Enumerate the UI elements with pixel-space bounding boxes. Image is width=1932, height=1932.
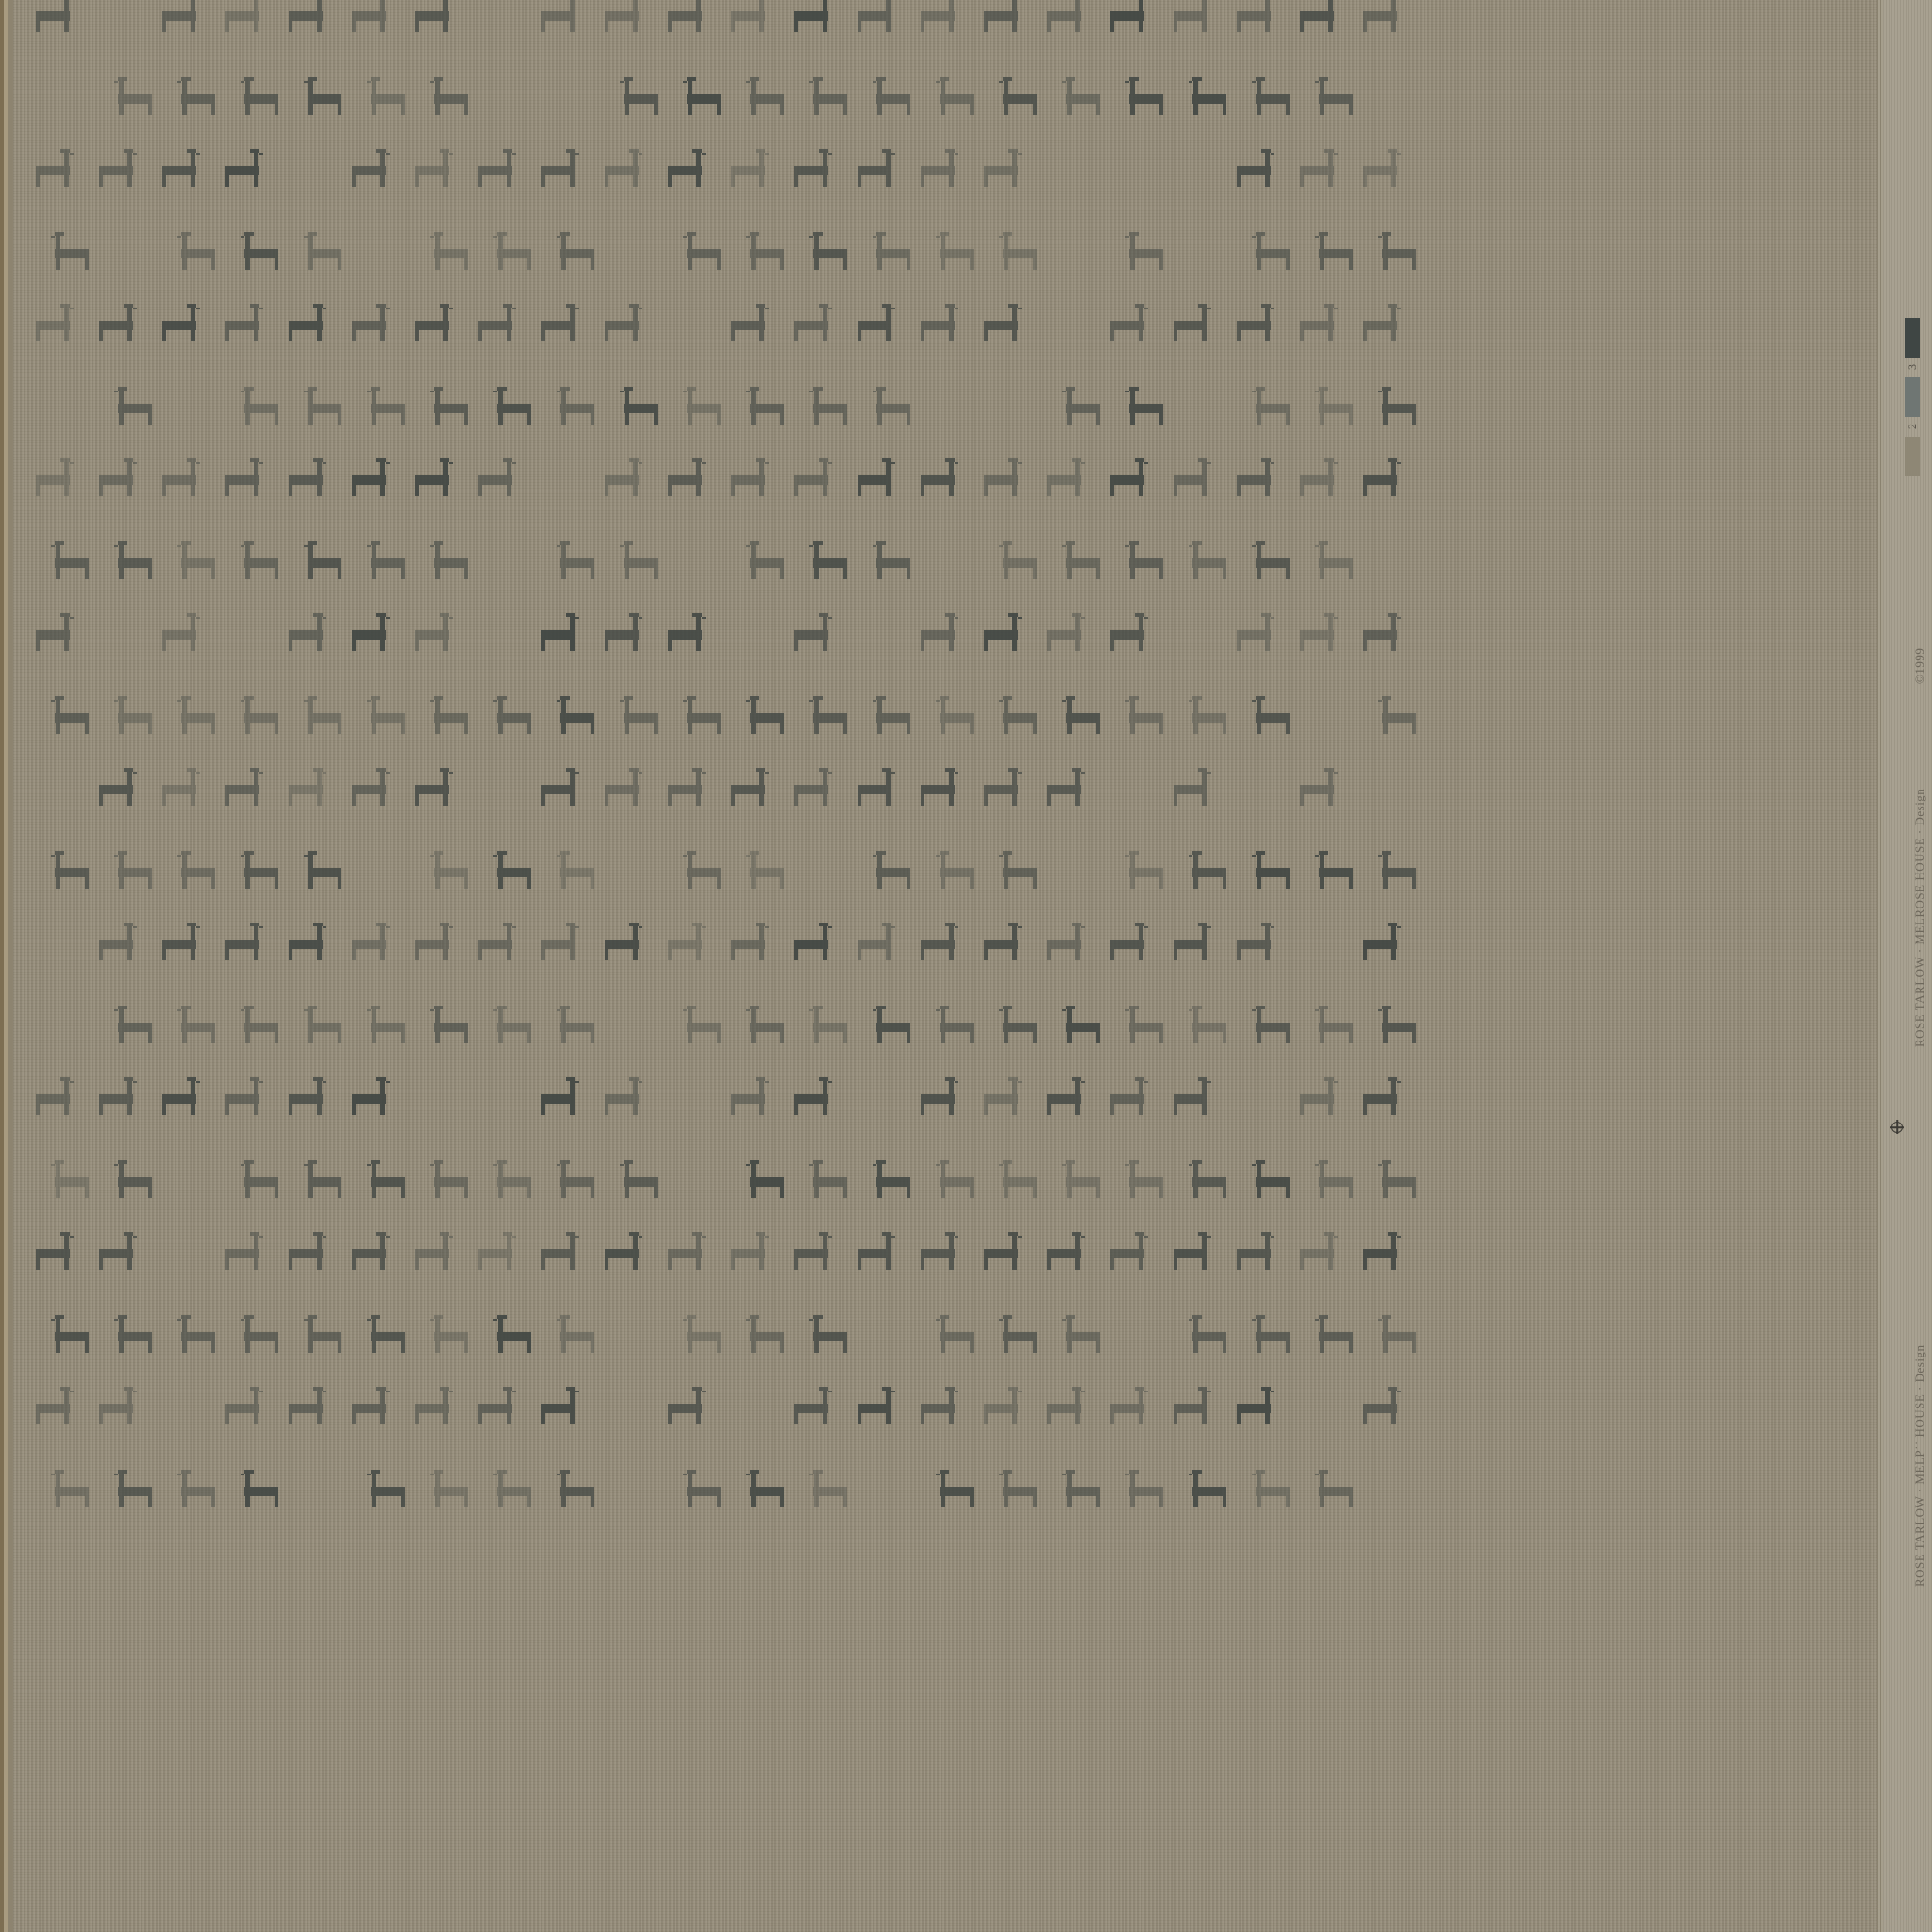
animal-motif [861, 1004, 914, 1053]
animal-motif [482, 1313, 535, 1362]
animal-motif [664, 1230, 717, 1279]
animal-motif [545, 1004, 598, 1053]
animal-motif [411, 302, 464, 351]
animal-motif [1233, 0, 1286, 42]
animal-motif [419, 385, 472, 434]
animal-motif [356, 1004, 408, 1053]
animal-motif [419, 540, 472, 589]
animal-motif [917, 0, 970, 42]
animal-motif [229, 1004, 282, 1053]
copyright-text: ©1999 [1912, 648, 1927, 684]
animal-motif [1296, 611, 1349, 660]
animal-motif [735, 75, 788, 125]
animal-motif [482, 1158, 535, 1207]
animal-motif [1114, 1004, 1167, 1053]
animal-motif [538, 1075, 591, 1124]
animal-motif [158, 457, 211, 506]
animal-motif [798, 385, 851, 434]
animal-motif [1359, 457, 1412, 506]
animal-motif [1177, 1313, 1230, 1362]
animal-motif [861, 849, 914, 898]
animal-motif [285, 1230, 338, 1279]
animal-motif [1367, 1313, 1420, 1362]
animal-motif [158, 611, 211, 660]
animal-motif [95, 1230, 148, 1279]
animal-motif [103, 1313, 156, 1362]
animal-motif [229, 1313, 282, 1362]
animal-motif [103, 694, 156, 743]
animal-motif [475, 147, 527, 196]
animal-motif [1304, 540, 1357, 589]
animal-motif [980, 457, 1033, 506]
animal-motif [861, 1158, 914, 1207]
animal-motif [727, 921, 780, 970]
animal-motif [988, 1468, 1041, 1517]
animal-motif [158, 766, 211, 815]
animal-motif [166, 1313, 219, 1362]
animal-motif [1043, 457, 1096, 506]
animal-motif [419, 1313, 472, 1362]
animal-motif [411, 147, 464, 196]
animal-motif [482, 385, 535, 434]
animal-motif [411, 611, 464, 660]
animal-motif [1367, 694, 1420, 743]
animal-motif [40, 849, 92, 898]
animal-motif [356, 1313, 408, 1362]
animal-motif [292, 1004, 345, 1053]
animal-motif [166, 849, 219, 898]
animal-motif [158, 147, 211, 196]
animal-motif [32, 611, 85, 660]
animal-motif [798, 1158, 851, 1207]
animal-motif [1241, 1468, 1293, 1517]
animal-motif [32, 1075, 85, 1124]
animal-motif [222, 1230, 275, 1279]
animal-motif [1051, 1468, 1104, 1517]
animal-motif [1233, 457, 1286, 506]
animal-motif [40, 1313, 92, 1362]
animal-motif [538, 766, 591, 815]
animal-motif [608, 75, 661, 125]
animal-motif [1367, 230, 1420, 279]
animal-motif [356, 540, 408, 589]
animal-motif [1241, 1158, 1293, 1207]
animal-motif [158, 1075, 211, 1124]
animal-motif [798, 540, 851, 589]
animal-motif [791, 611, 843, 660]
animal-motif [735, 1158, 788, 1207]
animal-motif [980, 1075, 1033, 1124]
animal-motif [348, 766, 401, 815]
animal-motif [1051, 385, 1104, 434]
animal-motif [917, 302, 970, 351]
animal-motif [791, 147, 843, 196]
animal-motif [861, 230, 914, 279]
animal-motif [924, 230, 977, 279]
animal-motif [1241, 540, 1293, 589]
animal-motif [103, 1468, 156, 1517]
animal-motif [1051, 75, 1104, 125]
animal-motif [861, 385, 914, 434]
animal-motif [791, 457, 843, 506]
animal-motif [791, 766, 843, 815]
animal-motif [735, 230, 788, 279]
animal-motif [32, 147, 85, 196]
animal-motif [1170, 302, 1223, 351]
animal-motif [1170, 1075, 1223, 1124]
animal-motif [95, 766, 148, 815]
animal-motif [538, 921, 591, 970]
animal-motif [791, 1385, 843, 1434]
animal-motif [798, 75, 851, 125]
animal-motif [538, 1385, 591, 1434]
animal-motif [419, 1158, 472, 1207]
animal-motif [95, 1385, 148, 1434]
animal-motif [229, 1158, 282, 1207]
animal-motif [545, 1313, 598, 1362]
animal-motif [988, 540, 1041, 589]
swatch-number-3: 3 [1906, 357, 1919, 377]
animal-motif [601, 921, 654, 970]
color-swatch-1 [1905, 437, 1920, 476]
animal-motif [1051, 1004, 1104, 1053]
animal-motif [735, 1313, 788, 1362]
animal-motif [917, 766, 970, 815]
animal-motif [798, 1313, 851, 1362]
animal-motif [1043, 766, 1096, 815]
animal-motif [292, 1158, 345, 1207]
animal-motif [32, 457, 85, 506]
animal-motif [538, 611, 591, 660]
animal-motif [988, 849, 1041, 898]
animal-motif [1304, 230, 1357, 279]
animal-motif [1107, 302, 1159, 351]
animal-motif [1177, 1004, 1230, 1053]
animal-motif [1043, 1385, 1096, 1434]
animal-motif [356, 1468, 408, 1517]
registration-mark-icon [1891, 1122, 1903, 1133]
animal-motif [103, 849, 156, 898]
color-swatch-3 [1905, 318, 1920, 358]
animal-motif [475, 1385, 527, 1434]
swatch-number-2: 2 [1906, 416, 1919, 437]
animal-motif [924, 75, 977, 125]
animal-motif [545, 230, 598, 279]
animal-motif [419, 1004, 472, 1053]
animal-motif [348, 302, 401, 351]
animal-motif [475, 457, 527, 506]
animal-motif [1304, 1004, 1357, 1053]
animal-motif [672, 1004, 724, 1053]
animal-motif [791, 1075, 843, 1124]
animal-motif [1177, 849, 1230, 898]
animal-motif [411, 921, 464, 970]
animal-motif [158, 0, 211, 42]
animal-motif [1296, 766, 1349, 815]
animal-motif [608, 1158, 661, 1207]
animal-motif [798, 1004, 851, 1053]
animal-motif [664, 0, 717, 42]
animal-motif [735, 1468, 788, 1517]
animal-motif [229, 849, 282, 898]
animal-motif [222, 1075, 275, 1124]
animal-motif [1177, 75, 1230, 125]
animal-motif [166, 1468, 219, 1517]
animal-motif [538, 0, 591, 42]
animal-motif [727, 302, 780, 351]
color-swatch-2 [1905, 377, 1920, 417]
animal-motif [229, 1468, 282, 1517]
animal-motif [601, 0, 654, 42]
animal-motif [482, 230, 535, 279]
animal-motif [917, 457, 970, 506]
animal-motif [917, 147, 970, 196]
animal-motif [348, 1075, 401, 1124]
animal-motif [854, 921, 907, 970]
animal-motif [1304, 849, 1357, 898]
animal-motif [735, 1004, 788, 1053]
animal-motif [482, 1004, 535, 1053]
animal-motif [1107, 0, 1159, 42]
animal-motif [166, 540, 219, 589]
animal-motif [1114, 849, 1167, 898]
animal-motif [411, 1230, 464, 1279]
animal-motif [1241, 1313, 1293, 1362]
animal-motif [222, 1385, 275, 1434]
animal-motif [1170, 1230, 1223, 1279]
animal-motif [1296, 1075, 1349, 1124]
animal-motif [1359, 1075, 1412, 1124]
animal-motif [735, 694, 788, 743]
animal-motif [292, 1313, 345, 1362]
animal-motif [1114, 75, 1167, 125]
animal-motif [672, 1313, 724, 1362]
animal-motif [1177, 540, 1230, 589]
animal-motif [419, 75, 472, 125]
animal-motif [545, 694, 598, 743]
animal-motif [229, 75, 282, 125]
animal-motif [348, 611, 401, 660]
animal-motif [980, 1385, 1033, 1434]
animal-motif [798, 694, 851, 743]
animal-motif [735, 385, 788, 434]
animal-motif [348, 921, 401, 970]
animal-motif [411, 766, 464, 815]
animal-motif [103, 1158, 156, 1207]
animal-motif [861, 540, 914, 589]
animal-motif [285, 302, 338, 351]
animal-motif [735, 540, 788, 589]
animal-motif [40, 1468, 92, 1517]
animal-motif [1241, 75, 1293, 125]
animal-motif [1241, 385, 1293, 434]
animal-motif [791, 0, 843, 42]
animal-motif [664, 766, 717, 815]
animal-motif [292, 694, 345, 743]
animal-motif [1359, 611, 1412, 660]
animal-motif [861, 694, 914, 743]
animal-motif [348, 1385, 401, 1434]
animal-motif [1043, 0, 1096, 42]
animal-motif [1051, 1158, 1104, 1207]
animal-motif [1043, 1230, 1096, 1279]
animal-motif [292, 385, 345, 434]
animal-motif [285, 921, 338, 970]
animal-motif [1233, 302, 1286, 351]
animal-motif [32, 1385, 85, 1434]
animal-motif [664, 611, 717, 660]
animal-motif [672, 1468, 724, 1517]
animal-motif [854, 1230, 907, 1279]
animal-motif [1359, 0, 1412, 42]
animal-motif [917, 1075, 970, 1124]
animal-motif [1241, 230, 1293, 279]
animal-motif [348, 147, 401, 196]
animal-motif [1233, 1385, 1286, 1434]
animal-motif [158, 302, 211, 351]
animal-motif [32, 302, 85, 351]
animal-motif [475, 1230, 527, 1279]
animal-motif [166, 1004, 219, 1053]
animal-motif [482, 1468, 535, 1517]
animal-motif [1359, 1385, 1412, 1434]
animal-motif [1359, 302, 1412, 351]
animal-motif [1304, 1313, 1357, 1362]
fabric-left-edge [0, 0, 13, 1932]
animal-motif [32, 0, 85, 42]
animal-motif [348, 457, 401, 506]
animal-motif [1233, 921, 1286, 970]
animal-motif [601, 302, 654, 351]
animal-motif [1051, 694, 1104, 743]
animal-motif [1114, 694, 1167, 743]
animal-motif [988, 75, 1041, 125]
animal-motif [854, 457, 907, 506]
animal-motif [292, 849, 345, 898]
animal-motif [988, 230, 1041, 279]
animal-motif [735, 849, 788, 898]
animal-motif [608, 385, 661, 434]
animal-motif [285, 766, 338, 815]
animal-motif [95, 921, 148, 970]
animal-motif [348, 0, 401, 42]
animal-motif [924, 849, 977, 898]
animal-motif [222, 921, 275, 970]
animal-motif [229, 540, 282, 589]
animal-motif [285, 457, 338, 506]
animal-motif [917, 1230, 970, 1279]
animal-motif [854, 0, 907, 42]
animal-motif [1367, 1158, 1420, 1207]
animal-motif [980, 1230, 1033, 1279]
animal-motif [285, 0, 338, 42]
animal-motif [103, 385, 156, 434]
animal-motif [1107, 1385, 1159, 1434]
animal-motif [861, 75, 914, 125]
animal-motif [222, 147, 275, 196]
animal-motif [285, 611, 338, 660]
animal-motif [40, 694, 92, 743]
animal-motif [917, 611, 970, 660]
animal-motif [356, 75, 408, 125]
animal-motif [419, 694, 472, 743]
animal-motif [727, 1075, 780, 1124]
animal-motif [854, 1385, 907, 1434]
animal-motif [419, 230, 472, 279]
animal-motif [1296, 1230, 1349, 1279]
animal-motif [854, 766, 907, 815]
animal-motif [798, 230, 851, 279]
animal-motif [672, 849, 724, 898]
animal-motif [727, 1230, 780, 1279]
animal-motif [222, 457, 275, 506]
animal-motif [727, 0, 780, 42]
fabric-swatch: 3 2 ©1999 ROSE TARLOW · MELROSE HOUSE · … [0, 0, 1932, 1932]
animal-motif [95, 147, 148, 196]
animal-motif [1043, 921, 1096, 970]
animal-motif [727, 147, 780, 196]
animal-motif [608, 540, 661, 589]
animal-motif [917, 921, 970, 970]
animal-motif [538, 302, 591, 351]
animal-motif [1304, 1158, 1357, 1207]
animal-motif [166, 694, 219, 743]
animal-motif [1233, 147, 1286, 196]
animal-motif [1304, 385, 1357, 434]
animal-motif [727, 766, 780, 815]
animal-motif [1177, 1158, 1230, 1207]
animal-motif [854, 147, 907, 196]
animal-motif [1170, 0, 1223, 42]
animal-motif [95, 1075, 148, 1124]
animal-motif [791, 921, 843, 970]
animal-motif [285, 1075, 338, 1124]
animal-motif [1177, 1468, 1230, 1517]
animal-motif [475, 302, 527, 351]
animal-motif [1107, 611, 1159, 660]
animal-motif [538, 1230, 591, 1279]
animal-motif [222, 302, 275, 351]
animal-motif [727, 457, 780, 506]
animal-motif [356, 385, 408, 434]
animal-motif [1241, 849, 1293, 898]
animal-motif [1107, 1230, 1159, 1279]
animal-motif [924, 1158, 977, 1207]
selvedge-credit-1: ROSE TARLOW · MELROSE HOUSE · Design [1912, 789, 1927, 1047]
animal-motif [545, 1468, 598, 1517]
animal-motif [980, 0, 1033, 42]
animal-motif [1233, 1230, 1286, 1279]
animal-motif [356, 1158, 408, 1207]
animal-motif [917, 1385, 970, 1434]
animal-motif [1170, 457, 1223, 506]
animal-motif [411, 0, 464, 42]
animal-motif [348, 1230, 401, 1279]
animal-motif [924, 1313, 977, 1362]
animal-motif [292, 230, 345, 279]
animal-motif [601, 1075, 654, 1124]
animal-motif [601, 457, 654, 506]
animal-motif [1367, 385, 1420, 434]
animal-motif [1359, 921, 1412, 970]
animal-motif [672, 694, 724, 743]
animal-motif [980, 766, 1033, 815]
animal-motif [988, 1004, 1041, 1053]
animal-motif [664, 147, 717, 196]
animal-motif [545, 540, 598, 589]
animal-motif [482, 694, 535, 743]
animal-motif [854, 302, 907, 351]
